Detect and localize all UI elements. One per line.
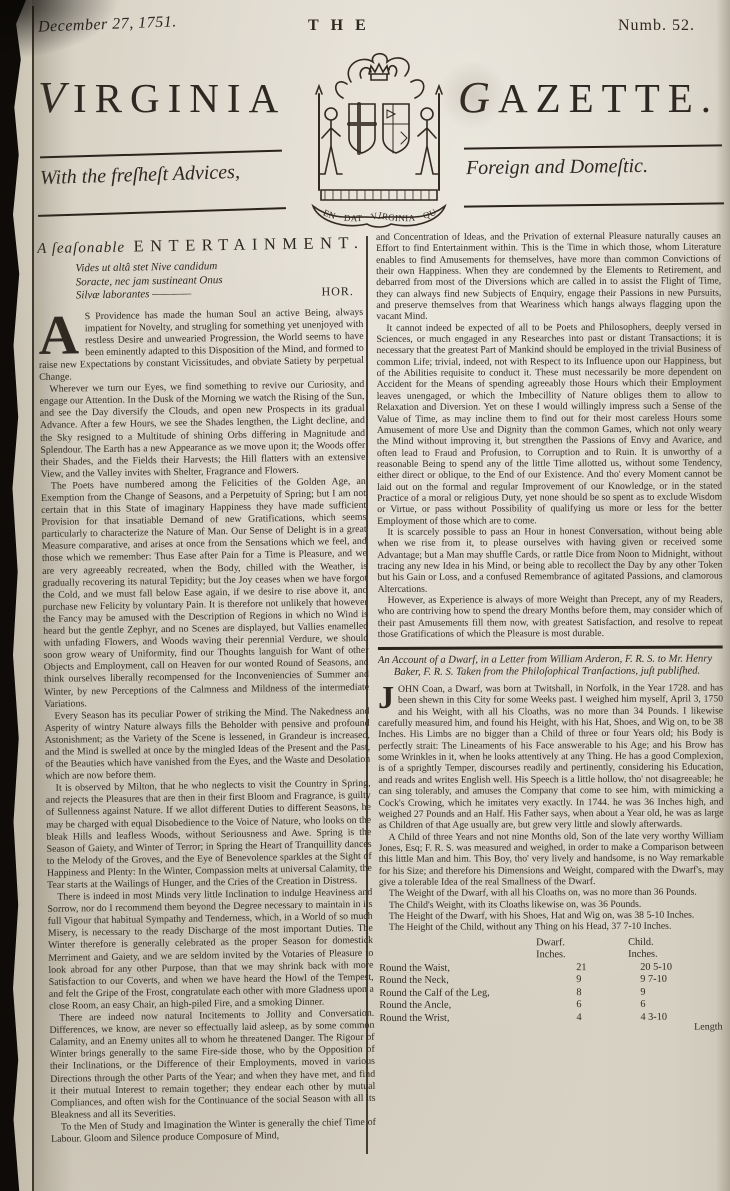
epigraph-lines: Vides ut altâ stet Nive candidumSoracte,… (75, 258, 336, 303)
measurement-row-label: Round the Ancle, (379, 999, 536, 1012)
measurement-row-label: Round the Wrist, (379, 1012, 536, 1025)
essay-paragraph: Wherever we turn our Eyes, we find somet… (39, 379, 365, 481)
dwarf-article-heading: An Account of a Dwarf, in a Letter from … (378, 653, 723, 680)
dwarf-paragraphs: A Child of three Years and not nine Mont… (379, 830, 724, 934)
essay-paragraph: Every Season has its peculiar Power of s… (44, 706, 370, 784)
essay-paragraph: It is observed by Milton, that he who ne… (46, 778, 373, 892)
measurement-row-dwarf: 21 (536, 962, 628, 975)
essay-paragraph: There are indeed now natural Incitements… (49, 1008, 376, 1122)
issue-number: Numb. 52. (618, 17, 695, 35)
essay-heading: A ſeaſonable ENTERTAINMENT. (37, 237, 362, 257)
essay-paragraph: and Concentration of Ideas, and the Priv… (376, 230, 721, 322)
colonial-crest-illustration: EN · DAT · VIRGINIA · QUARTAM (291, 48, 467, 232)
column-header-dwarf: Dwarf. Inches. (536, 937, 628, 962)
tagline-rule-left-top (40, 150, 282, 159)
epigraph-attribution: HOR. (321, 285, 354, 299)
page-frame-line (32, 6, 34, 1191)
header-dwarf-unit: Inches. (536, 949, 628, 962)
epigraph-line: Silvæ laborantes ———— (76, 285, 336, 303)
tagline-right: Foreign and Domeſtic. (466, 155, 648, 180)
measurement-row-child: 20 5-10 (628, 961, 724, 974)
newspaper-sheet: December 27, 1751. THE Numb. 52. VIRGINI… (8, 0, 730, 1191)
svg-text:EN · DAT · VIRGINIA · QUARTAM: EN · DAT · VIRGINIA · QUARTAM (291, 48, 438, 223)
tagline-rule-right-bottom (464, 202, 724, 207)
measurement-table-rows: Round the Waist,2120 5-10Round the Neck,… (379, 961, 724, 1025)
essay-paragraph: It cannot indeed be expected of all to b… (376, 321, 722, 527)
essay-lead-paragraph: AS Providence has made the human Soul an… (38, 306, 364, 384)
article-separator-rule (378, 646, 723, 650)
measurement-row-dwarf: 9 (536, 974, 628, 987)
essay-heading-main: ENTERTAINMENT. (133, 235, 364, 256)
essay-paragraph: It is scarcely possible to pass an Hour … (377, 525, 722, 595)
right-column: and Concentration of Ideas, and the Priv… (376, 230, 725, 1190)
left-column: A ſeaſonable ENTERTAINMENT. Vides ut alt… (37, 235, 377, 1170)
measurement-row-child: 9 7-10 (628, 974, 724, 987)
tagline-rule-left-bottom (38, 207, 286, 217)
measurement-row-child: 9 (628, 986, 724, 999)
measurement-row-dwarf: 4 (536, 1012, 628, 1025)
essay-paragraph: To the Men of Study and Imagination the … (51, 1117, 376, 1146)
right-edge-shadow (716, 0, 730, 1191)
header-child-title: Child. (628, 936, 654, 947)
crest-motto: EN · DAT · VIRGINIA · QUARTAM (291, 48, 438, 223)
dwarf-paragraph: A Child of three Years and not nine Mont… (379, 830, 724, 888)
header-dwarf-title: Dwarf. (536, 937, 565, 948)
essay-paragraph: The Poets have numbered among the Felici… (41, 476, 370, 711)
essay-lead-text: S Providence has made the human Soul an … (39, 306, 364, 383)
masthead-the: THE (308, 17, 378, 35)
dwarf-lead-text: OHN Coan, a Dwarf, was born at Twitshall… (378, 683, 723, 832)
tagline-rule-right-top (464, 144, 722, 149)
latin-epigraph: Vides ut altâ stet Nive candidumSoracte,… (75, 258, 336, 303)
dropcap-J: J (378, 684, 398, 710)
measurement-row-label: Round the Calf of the Leg, (379, 987, 536, 1000)
measurement-row-dwarf: 6 (536, 999, 628, 1012)
measurement-row: Round the Wrist,44 3-10 (379, 1011, 724, 1025)
masthead-gazette: GAZETTE. (458, 72, 719, 123)
essay-paragraphs-left: Wherever we turn our Eyes, we find somet… (39, 379, 376, 1146)
header-child-unit: Inches. (628, 949, 724, 962)
corner-shadow (0, 0, 120, 60)
dwarf-paragraph: The Height of the Dwarf, with his Shoes,… (379, 909, 724, 922)
measurement-row-dwarf: 8 (536, 987, 628, 1000)
dwarf-paragraph: The Weight of the Dwarf, with all his Cl… (379, 887, 724, 900)
measurement-table: Dwarf. Inches. Child. Inches. Round the … (379, 936, 724, 1036)
measurement-row-child: 6 (628, 999, 724, 1012)
essay-paragraphs-right: and Concentration of Ideas, and the Priv… (376, 230, 723, 640)
measurement-row-label: Round the Waist, (379, 962, 536, 975)
measurement-table-header: Dwarf. Inches. Child. Inches. (379, 936, 724, 963)
essay-paragraph: However, as Experience is always of more… (378, 593, 723, 640)
measurement-row-label: Round the Neck, (379, 974, 536, 987)
newspaper-scan-page: { "page": { "colors": { "paper": "#d9d3c… (0, 0, 730, 1191)
dwarf-lead-paragraph: JOHN Coan, a Dwarf, was born at Twitshal… (378, 683, 724, 832)
masthead-virginia: VIRGINIA (38, 72, 286, 123)
essay-paragraph: There is indeed in most Minds very littl… (47, 887, 374, 1013)
dwarf-paragraph: The Height of the Child, without any Thi… (379, 921, 724, 934)
binding-shadow (32, 0, 74, 1191)
column-header-child: Child. Inches. (628, 936, 724, 961)
